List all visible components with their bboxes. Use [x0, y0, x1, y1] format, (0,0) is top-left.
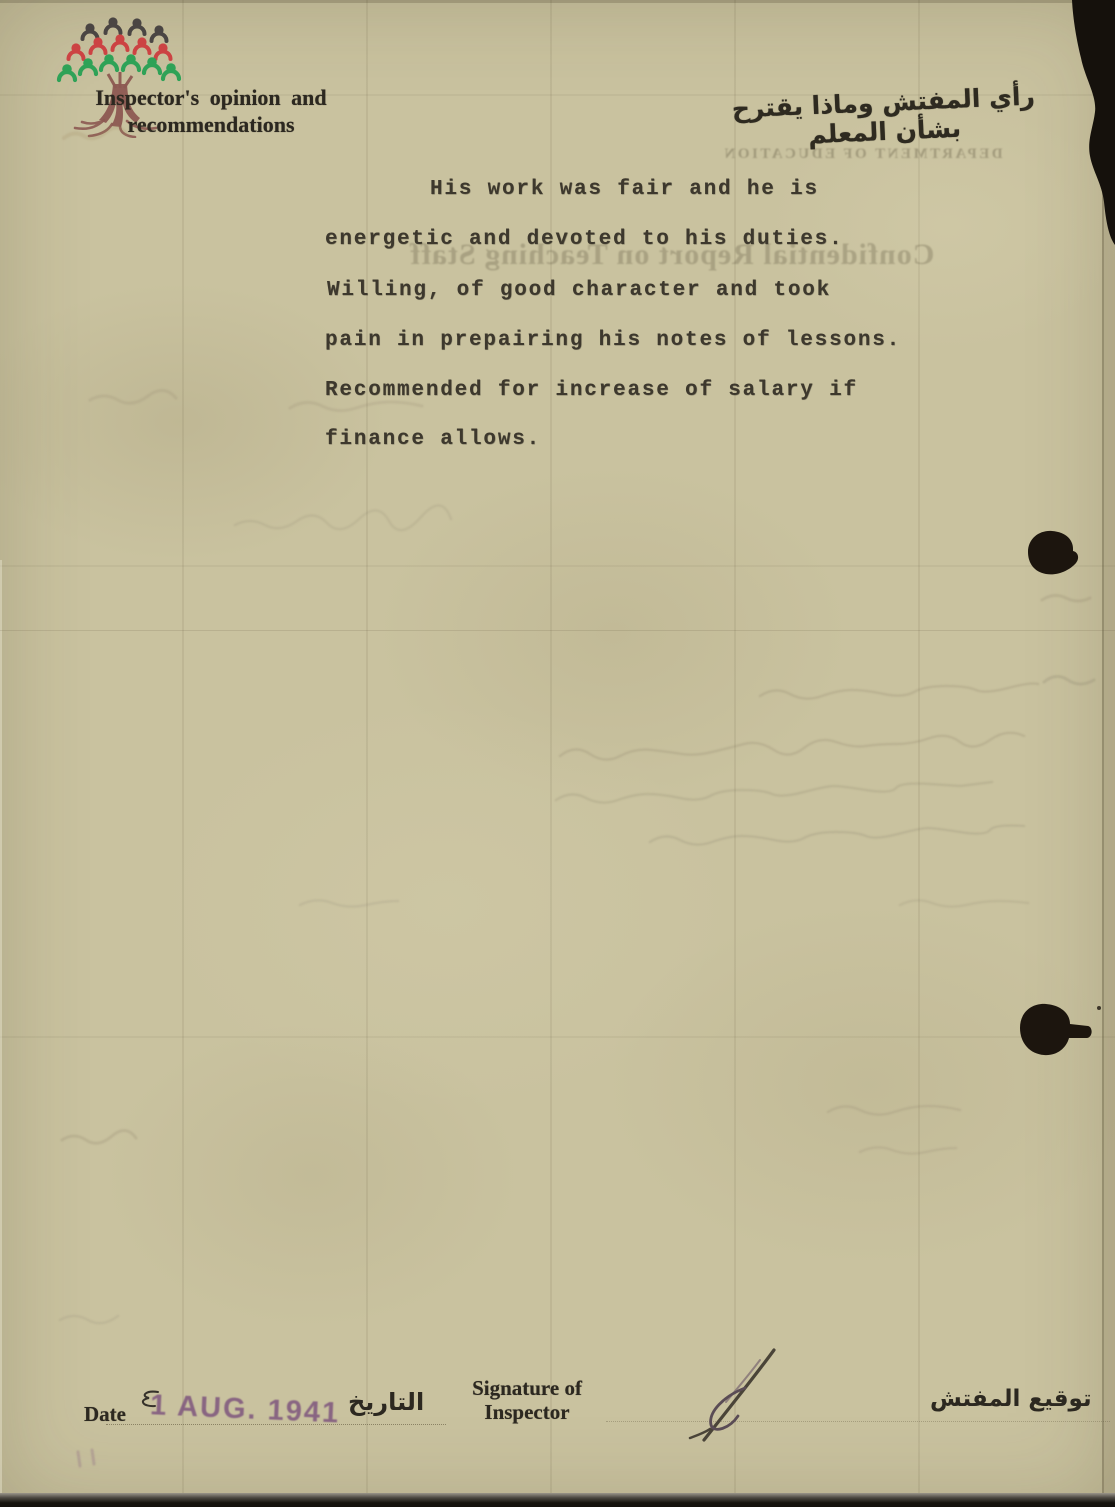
ink-blots — [0, 0, 1115, 1507]
signature-label-line2: Inspector — [452, 1400, 602, 1424]
top-page-edge — [0, 0, 1115, 3]
ink-blot-top — [1028, 531, 1078, 574]
bottom-scan-edge — [0, 1493, 1115, 1507]
section-heading: Inspector's opinion and recommendations — [70, 84, 352, 138]
remark-line-4: pain in prepairing his notes of lessons. — [325, 329, 901, 352]
scanned-document-page: Inspector's opinion and recommendations … — [0, 0, 1115, 1507]
signature-label-arabic: توقيع المفتش — [930, 1386, 1092, 1412]
remark-line-5: Recommended for increase of salary if — [325, 379, 858, 402]
remark-line-6: finance allows. — [325, 428, 541, 451]
date-label-arabic: التاريخ — [348, 1388, 424, 1416]
section-heading-arabic: رأي المفتش وماذا يقترح بشأن المعلم — [717, 81, 1051, 153]
ink-blot-bottom — [1020, 1004, 1092, 1055]
remark-line-2: energetic and devoted to his duties. — [325, 228, 843, 251]
signature-label: Signature of Inspector — [452, 1376, 602, 1424]
date-dotted-line — [106, 1424, 446, 1425]
remark-line-1: His work was fair and he is — [430, 178, 819, 201]
date-stamp: 1 AUG. 1941 — [149, 1389, 370, 1432]
showthrough-scribbles — [0, 0, 1115, 1507]
faint-rule-line — [0, 630, 1115, 631]
inspector-signature-mark — [680, 1340, 790, 1450]
section-heading-line1: Inspector's opinion and — [70, 84, 352, 111]
left-page-edge — [0, 560, 2, 1507]
remark-line-3: Willing, of good character and took — [327, 279, 831, 302]
signature-label-line1: Signature of — [452, 1376, 602, 1400]
section-heading-line2: recommendations — [70, 111, 352, 138]
corner-tear — [1060, 0, 1115, 245]
showthrough-department-line: DEPARTMENT OF EDUCATION — [712, 146, 1012, 163]
